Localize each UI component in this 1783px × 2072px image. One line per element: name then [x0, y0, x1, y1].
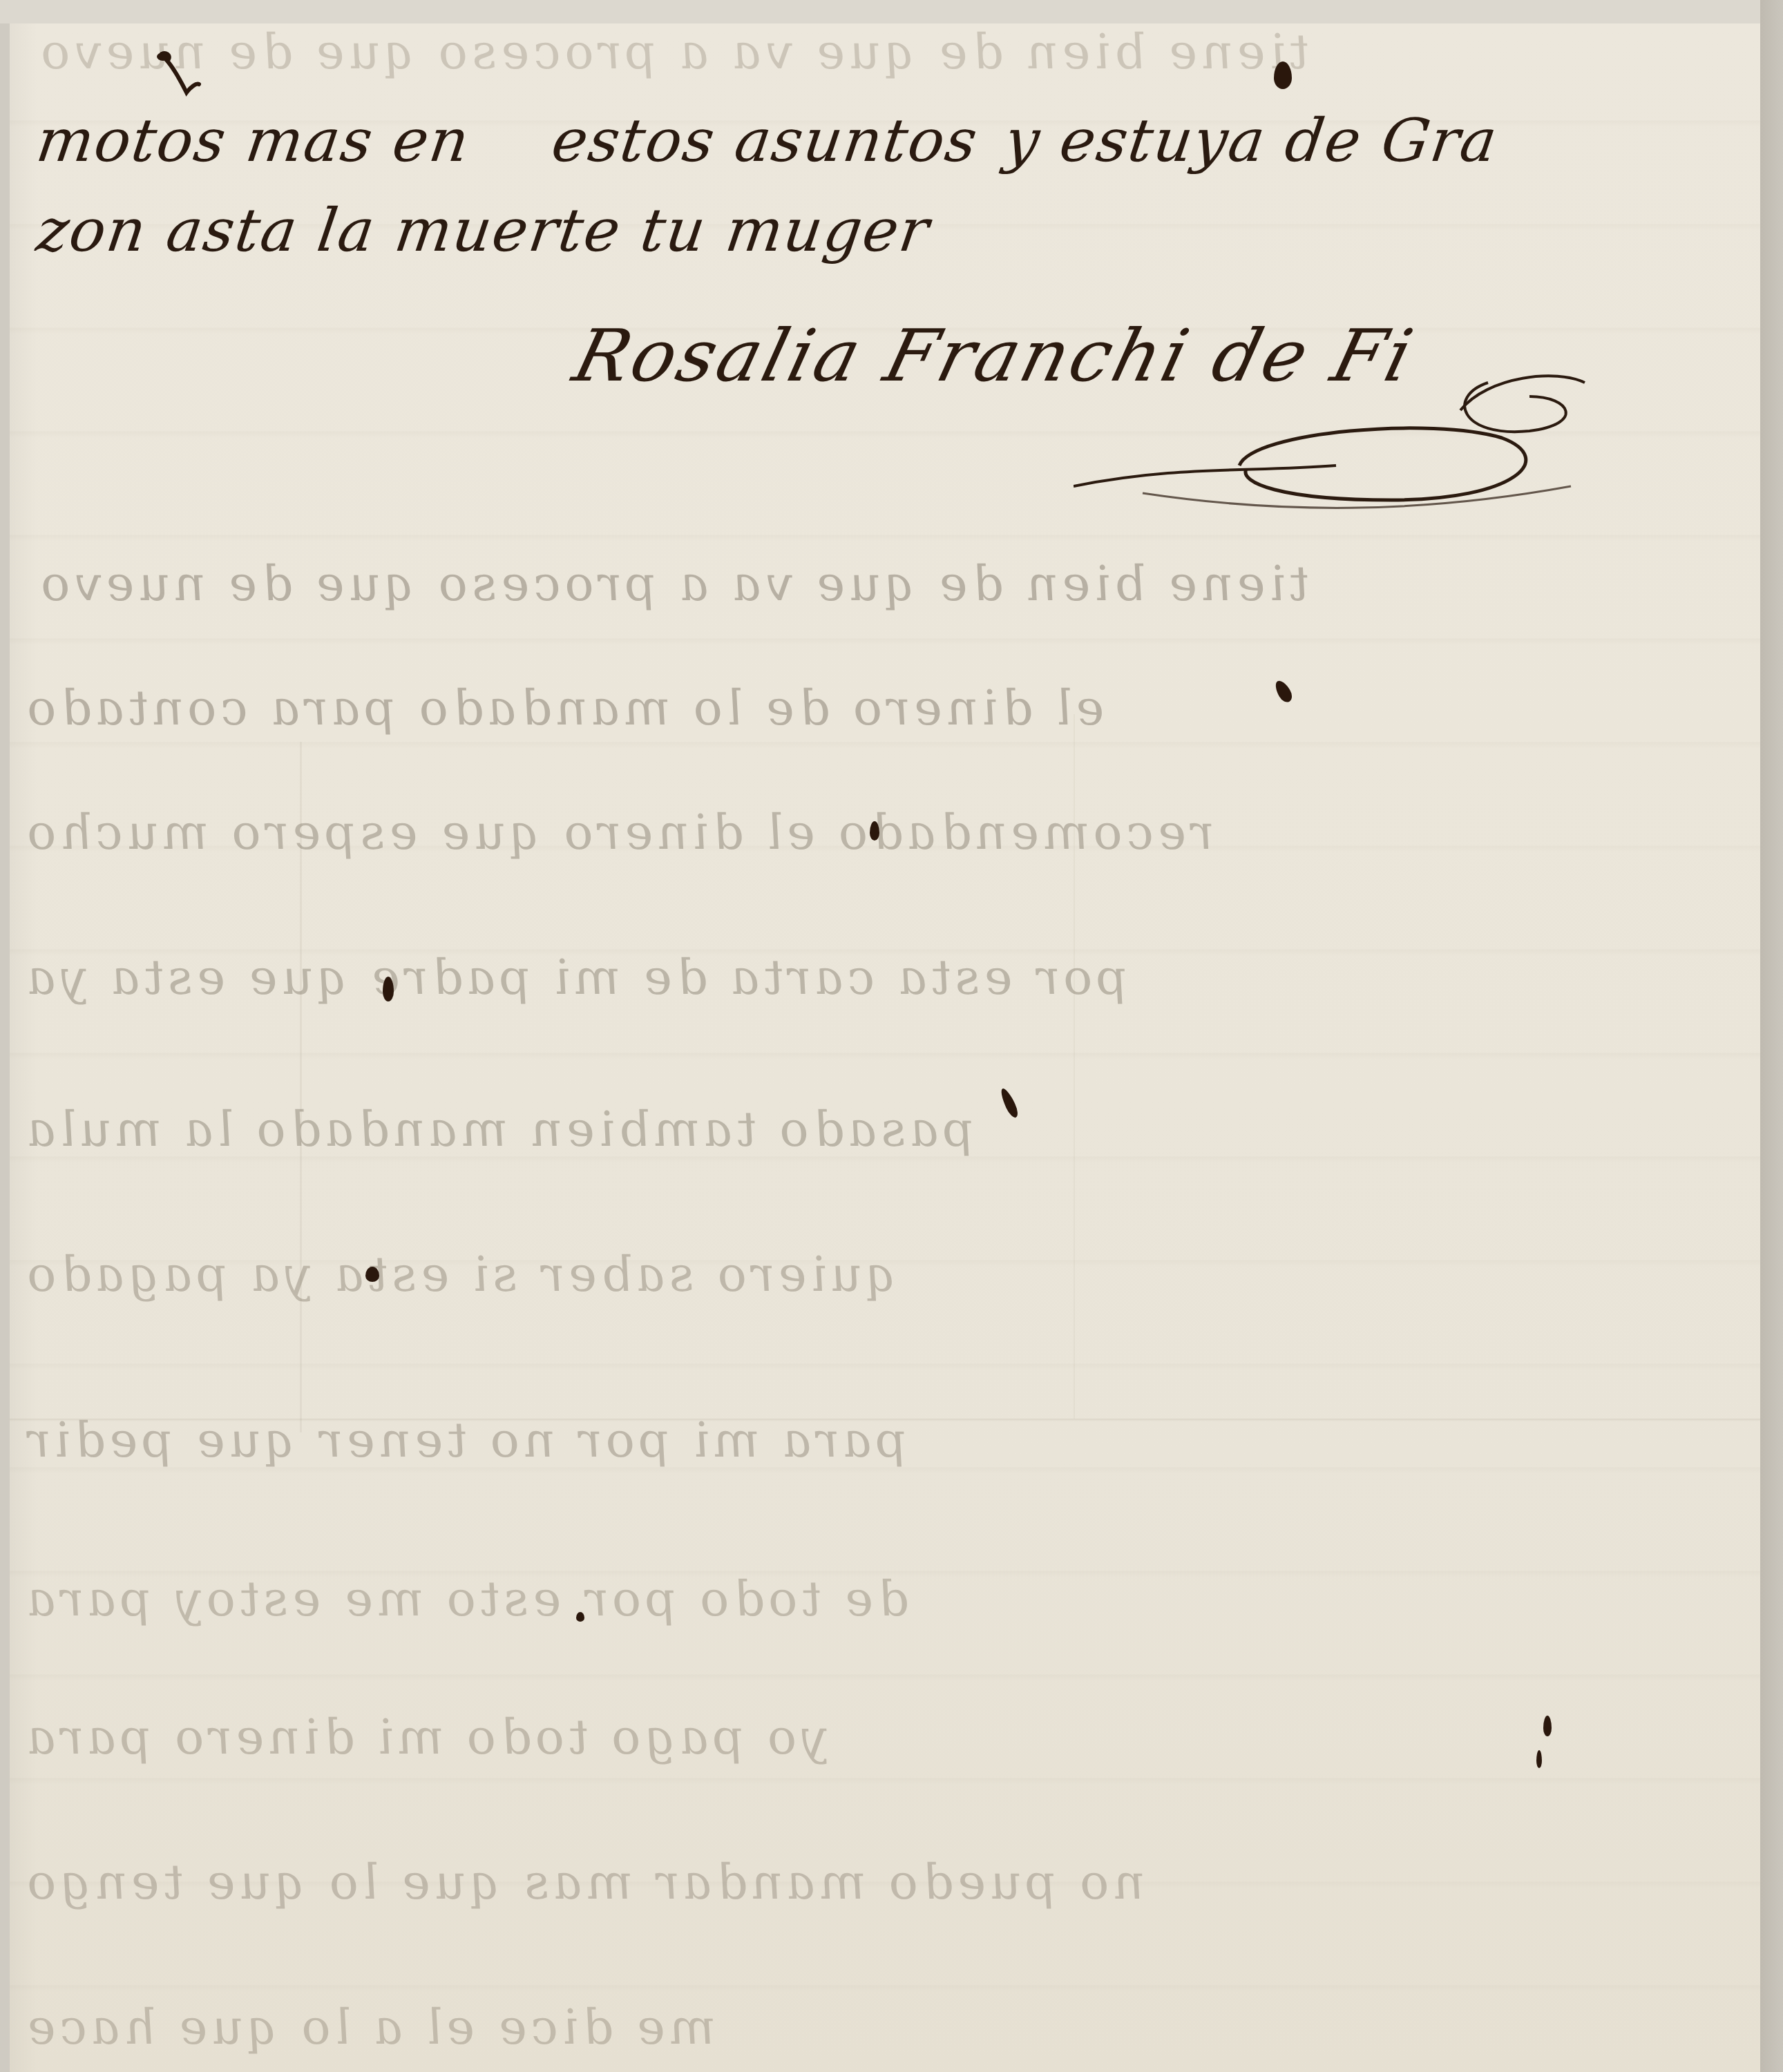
letter-page: tiene bien de que va a proceso que de nu… [10, 23, 1760, 2072]
bleed-through-line: por esta carta de mi padre que esta ya [19, 949, 1132, 1006]
bleed-through-line: el dinero de lo mandado para contado [19, 680, 1109, 736]
paper-fold-vertical [1074, 714, 1075, 1419]
ink-blot [1272, 678, 1295, 704]
letter-line-2: zon asta la muerte tu muger [32, 196, 935, 265]
ink-blot [1274, 61, 1292, 89]
bleed-through-line: tiene bien de que va a proceso que de nu… [33, 555, 1313, 612]
scan-right-edge [1760, 0, 1783, 2072]
paper-fold-vertical [300, 742, 302, 1432]
ink-blot [998, 1086, 1020, 1120]
scan-top-edge [0, 0, 1783, 23]
bleed-through-line: de todo por esto me estoy para [19, 1571, 913, 1627]
bleed-through-line: recomendado el dinero que espero mucho [19, 804, 1218, 861]
bleed-through-line: me dice el a lo que hace [19, 1999, 720, 2055]
bleed-through-line: quiero saber si esta ya pagado [19, 1246, 901, 1303]
bleed-through-line: tiene bien de que va a proceso que de nu… [33, 23, 1313, 80]
ink-blot [576, 1612, 584, 1622]
bleed-through-line: no puedo mandar mas que lo que tengo [19, 1854, 1149, 1910]
bleed-through-line: pasado tambien mandado la mula [19, 1101, 978, 1158]
ink-blot [1536, 1750, 1542, 1768]
signature-flourish-icon [1074, 355, 1695, 535]
ink-blot [1543, 1716, 1552, 1736]
ink-blot [365, 1267, 379, 1282]
letter-line-1: motos mas enestos asuntosy estuya de Gra [32, 106, 1503, 175]
paper-fold-horizontal [10, 1419, 1760, 1421]
flourish-mark-icon [148, 50, 210, 105]
text-segment: motos mas en [32, 106, 475, 175]
text-segment: y estuya de Gra [1000, 106, 1503, 175]
ink-blot [383, 977, 394, 1001]
bleed-through-line: yo pago todo mi dinero para [19, 1709, 832, 1765]
ink-blot [870, 821, 879, 841]
text-segment: estos asuntos [548, 106, 983, 175]
